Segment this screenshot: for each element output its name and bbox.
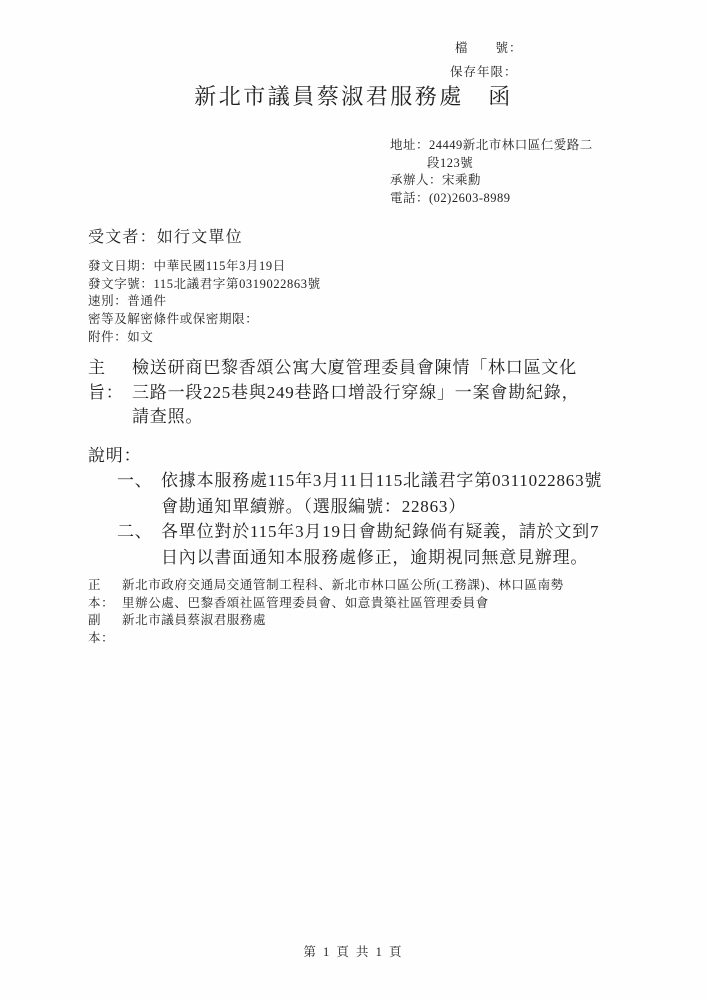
sender-phone: 電話：(02)2603-8989 [390,190,593,208]
original-label: 正本： [88,577,122,612]
sender-address-line1: 地址：24449新北市林口區仁愛路二 [390,137,593,155]
official-letter-page: 檔 號： 保存年限： 新北市議員蔡淑君服務處 函 地址：24449新北市林口區仁… [0,0,707,1000]
document-title: 新北市議員蔡淑君服務處 函 [0,80,707,111]
original-recipients-row: 正本： 新北市政府交通局交通管制工程科、新北市林口區公所(工務課)、林口區南勢 … [88,577,564,612]
copy-recipients-row: 副本： 新北市議員蔡淑君服務處 [88,612,564,647]
distribution-section: 正本： 新北市政府交通局交通管制工程科、新北市林口區公所(工務課)、林口區南勢 … [88,577,564,647]
sender-info-block: 地址：24449新北市林口區仁愛路二 段123號 承辦人：宋乘勳 電話：(02)… [390,137,593,207]
file-number-label: 檔 號： [450,36,523,60]
item-1-text-line: 會勘通知單續辦。（選服編號：22863） [161,494,602,519]
item-1-text: 依據本服務處115年3月11日115北議君字第0311022863號 會勘通知單… [161,468,602,519]
subject-text-line: 檢送研商巴黎香頌公寓大廈管理委員會陳情「林口區文化 [132,356,579,381]
speed-class-line: 速別：普通件 [88,293,321,311]
description-section: 說明： 一、 依據本服務處115年3月11日115北議君字第0311022863… [88,443,602,570]
document-meta-block: 發文日期：中華民國115年3月19日 發文字號：115北議君字第03190228… [88,258,321,347]
security-class-line: 密等及解密條件或保密期限： [88,311,321,329]
sender-address-line2: 段123號 [390,155,593,173]
original-recipients-line: 里辦公處、巴黎香頌社區管理委員會、如意貴築社區管理委員會 [122,595,564,613]
subject-label: 主旨： [88,356,132,430]
subject-text-line: 三路一段225巷與249巷路口增設行穿線」一案會勘紀錄， [132,381,579,406]
item-2-number: 二、 [117,519,161,570]
item-1-number: 一、 [117,468,161,519]
page-number-footer: 第 1 頁 共 1 頁 [0,942,707,960]
copy-label: 副本： [88,612,122,647]
copy-recipients-line: 新北市議員蔡淑君服務處 [122,612,266,647]
subject-section: 主旨： 檢送研商巴黎香頌公寓大廈管理委員會陳情「林口區文化 三路一段225巷與2… [88,356,579,430]
original-recipients-text: 新北市政府交通局交通管制工程科、新北市林口區公所(工務課)、林口區南勢 里辦公處… [122,577,564,612]
subject-text: 檢送研商巴黎香頌公寓大廈管理委員會陳情「林口區文化 三路一段225巷與249巷路… [132,356,579,430]
subject-text-line: 請查照。 [132,405,579,430]
description-heading: 說明： [88,443,602,468]
doc-number-line: 發文字號：115北議君字第0319022863號 [88,276,321,294]
issue-date-line: 發文日期：中華民國115年3月19日 [88,258,321,276]
description-item-1: 一、 依據本服務處115年3月11日115北議君字第0311022863號 會勘… [117,468,602,519]
description-item-2: 二、 各單位對於115年3月19日會勘紀錄倘有疑義，請於文到7 日內以書面通知本… [117,519,602,570]
item-1-text-line: 依據本服務處115年3月11日115北議君字第0311022863號 [161,468,602,493]
attachment-line: 附件：如文 [88,329,321,347]
sender-contact-person: 承辦人：宋乘勳 [390,172,593,190]
item-2-text-line: 各單位對於115年3月19日會勘紀錄倘有疑義，請於文到7 [161,519,599,544]
recipient-line: 受文者：如行文單位 [88,224,243,247]
original-recipients-line: 新北市政府交通局交通管制工程科、新北市林口區公所(工務課)、林口區南勢 [122,577,564,595]
item-2-text: 各單位對於115年3月19日會勘紀錄倘有疑義，請於文到7 日內以書面通知本服務處… [161,519,599,570]
item-2-text-line: 日內以書面通知本服務處修正，逾期視同無意見辦理。 [161,545,599,570]
archive-info-block: 檔 號： 保存年限： [450,36,523,84]
